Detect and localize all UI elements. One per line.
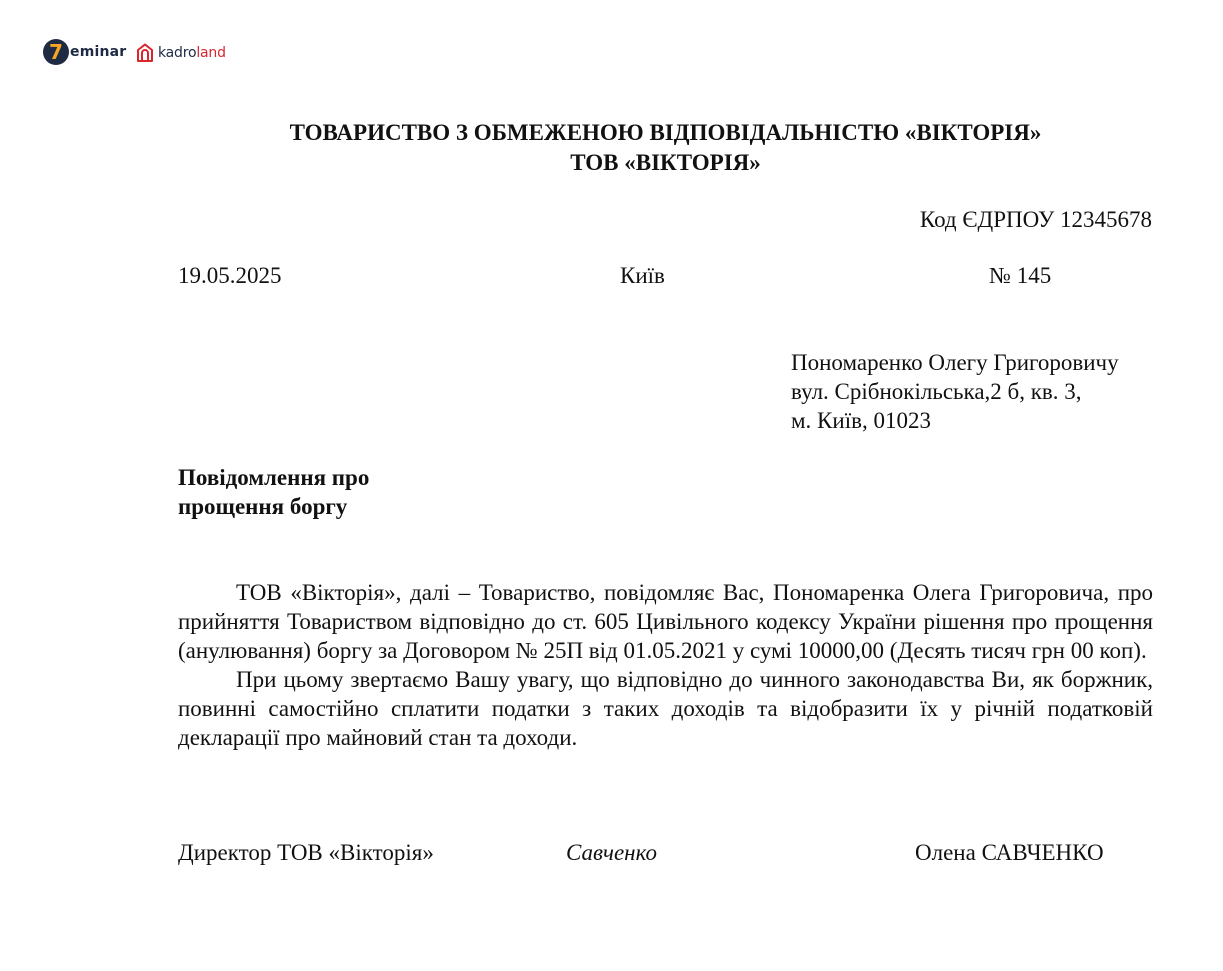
- seminar-logo-text: eminar: [70, 44, 126, 60]
- kadroland-logo-text-dark: kadro: [158, 45, 196, 61]
- recipient-name: Пономаренко Олегу Григоровичу: [791, 348, 1119, 377]
- document-date: 19.05.2025: [178, 261, 282, 291]
- body-paragraph: При цьому звертаємо Вашу увагу, що відпо…: [178, 665, 1153, 752]
- subject-line: прощення боргу: [178, 492, 369, 521]
- document-number: № 145: [989, 261, 1051, 291]
- signatory-position: Директор ТОВ «Вікторія»: [178, 838, 434, 868]
- letter-body: ТОВ «Вікторія», далі – Товариство, повід…: [178, 578, 1153, 752]
- kadroland-logo: kadroland: [136, 41, 226, 65]
- handwritten-signature: Савченко: [566, 838, 657, 868]
- subject-line: Повідомлення про: [178, 463, 369, 492]
- seven-circle-icon: 7: [43, 39, 69, 65]
- seminar-logo-digit: 7: [49, 40, 63, 64]
- recipient-street: вул. Срібнокільська,2 б, кв. 3,: [791, 377, 1119, 406]
- body-paragraph: ТОВ «Вікторія», далі – Товариство, повід…: [178, 578, 1153, 665]
- recipient-city: м. Київ, 01023: [791, 406, 1119, 435]
- organization-full-name: ТОВАРИСТВО З ОБМЕЖЕНОЮ ВІДПОВІДАЛЬНІСТЮ …: [0, 118, 1223, 148]
- edrpou-code: Код ЄДРПОУ 12345678: [920, 205, 1152, 235]
- organization-short-name: ТОВ «ВІКТОРІЯ»: [0, 148, 1223, 178]
- house-icon: [136, 43, 154, 63]
- kadroland-logo-text-accent: land: [196, 45, 225, 61]
- subject-heading: Повідомлення про прощення боргу: [178, 463, 369, 521]
- recipient-block: Пономаренко Олегу Григоровичу вул. Срібн…: [791, 348, 1119, 435]
- seminar-logo: 7 eminar: [43, 39, 126, 65]
- document-city: Київ: [620, 261, 665, 291]
- signatory-name: Олена САВЧЕНКО: [915, 838, 1104, 868]
